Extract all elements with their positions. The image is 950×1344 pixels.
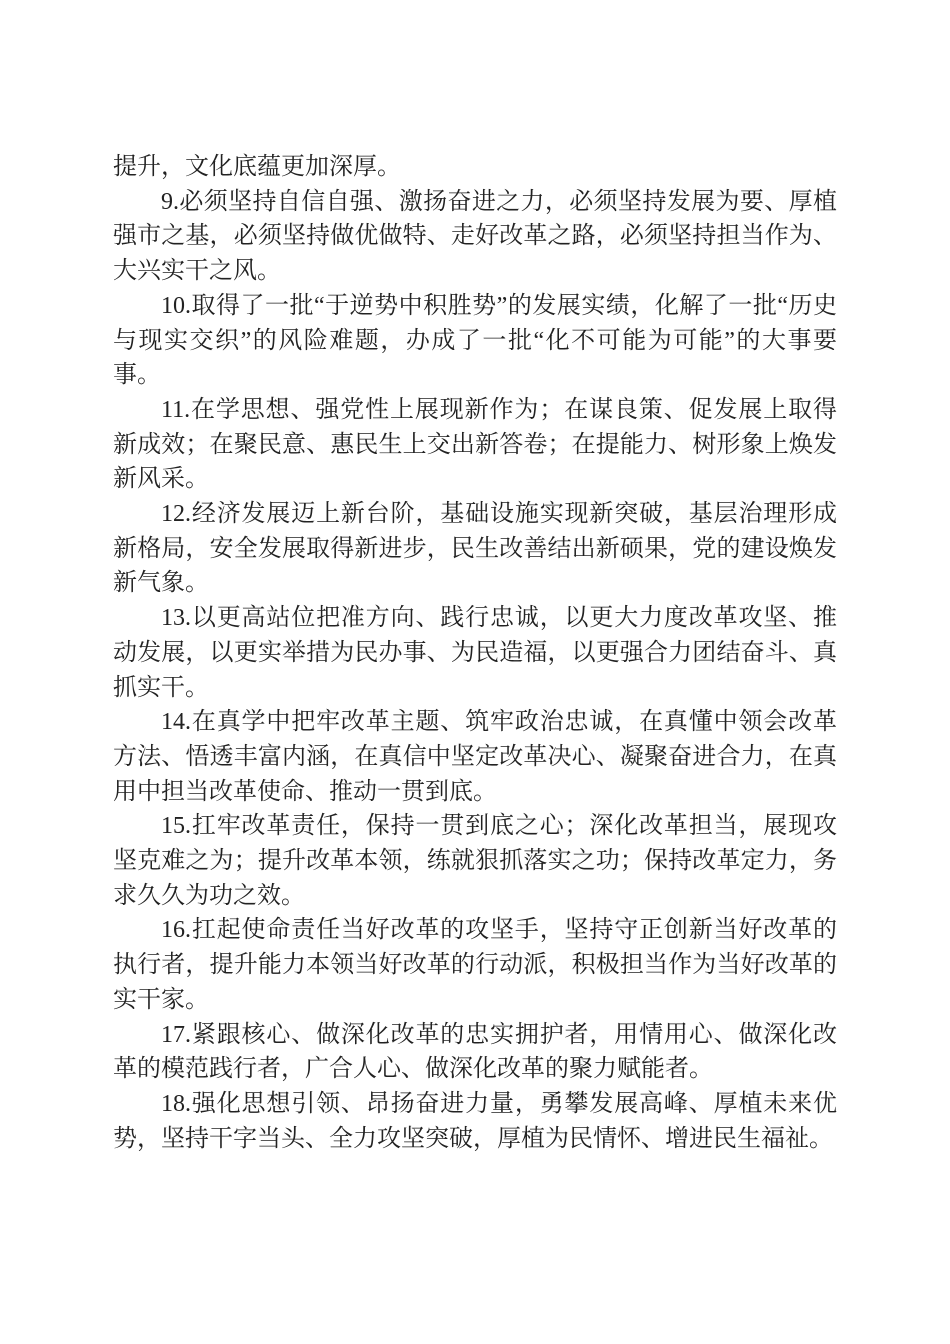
paragraph-item-9: 9.必须坚持自信自强、激扬奋进之力，必须坚持发展为要、厚植强市之基，必须坚持做优… <box>113 185 837 289</box>
paragraph-item-15: 15.扛牢改革责任，保持一贯到底之心；深化改革担当，展现攻坚克难之为；提升改革本… <box>113 809 837 913</box>
paragraph-continuation: 提升，文化底蕴更加深厚。 <box>113 150 837 185</box>
numbered-paragraph-list: 9.必须坚持自信自强、激扬奋进之力，必须坚持发展为要、厚植强市之基，必须坚持做优… <box>113 185 837 1157</box>
document-body: 提升，文化底蕴更加深厚。 9.必须坚持自信自强、激扬奋进之力，必须坚持发展为要、… <box>113 150 837 1156</box>
paragraph-item-17: 17.紧跟核心、做深化改革的忠实拥护者，用情用心、做深化改革的模范践行者，广合人… <box>113 1018 837 1087</box>
paragraph-item-11: 11.在学思想、强党性上展现新作为；在谋良策、促发展上取得新成效；在聚民意、惠民… <box>113 393 837 497</box>
paragraph-item-10: 10.取得了一批“于逆势中积胜势”的发展实绩，化解了一批“历史与现实交织”的风险… <box>113 289 837 393</box>
paragraph-item-12: 12.经济发展迈上新台阶，基础设施实现新突破，基层治理形成新格局，安全发展取得新… <box>113 497 837 601</box>
document-page: 提升，文化底蕴更加深厚。 9.必须坚持自信自强、激扬奋进之力，必须坚持发展为要、… <box>0 0 950 1344</box>
paragraph-item-14: 14.在真学中把牢改革主题、筑牢政治忠诚，在真懂中领会改革方法、悟透丰富内涵，在… <box>113 705 837 809</box>
paragraph-item-16: 16.扛起使命责任当好改革的攻坚手，坚持守正创新当好改革的执行者，提升能力本领当… <box>113 913 837 1017</box>
paragraph-item-18: 18.强化思想引领、昂扬奋进力量，勇攀发展高峰、厚植未来优势，坚持干字当头、全力… <box>113 1087 837 1156</box>
paragraph-item-13: 13.以更高站位把准方向、践行忠诚，以更大力度改革攻坚、推动发展，以更实举措为民… <box>113 601 837 705</box>
